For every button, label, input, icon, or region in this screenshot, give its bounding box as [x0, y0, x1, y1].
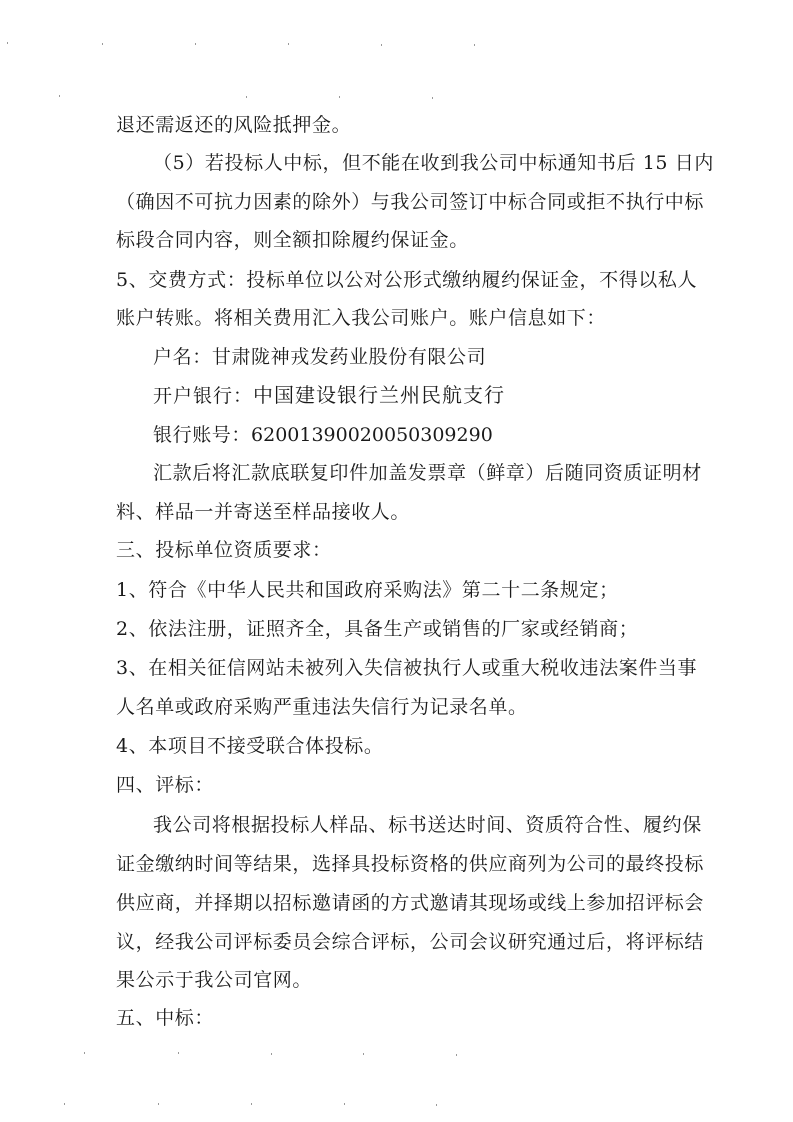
- account-bank: 开户银行：中国建设银行兰州民航支行: [153, 383, 733, 408]
- requirement-2: 2、依法注册，证照齐全，具备生产或销售的厂家或经销商；: [116, 617, 696, 641]
- scan-speck: [158, 1103, 159, 1105]
- scan-speck: [456, 1054, 457, 1056]
- account-name: 户名：甘肃陇神戎发药业股份有限公司: [153, 345, 733, 369]
- evaluation-line-2: 证金缴纳时间等结果，选择具投标资格的供应商列为公司的最终投标: [116, 852, 696, 876]
- scan-speck: [102, 43, 103, 45]
- clause-5-line-1: （5）若投标人中标，但不能在收到我公司中标通知书后 15 日内: [153, 151, 733, 175]
- account-name-label: 户名：: [153, 346, 212, 368]
- scan-speck: [271, 1053, 272, 1055]
- paragraph-line: 退还需返还的风险抵押金。: [116, 113, 696, 137]
- remittance-line-2: 料、样品一并寄送至样品接收人。: [116, 500, 696, 524]
- evaluation-line-4: 议，经我公司评标委员会综合评标，公司会议研究通过后，将评标结: [116, 930, 696, 954]
- scan-speck: [288, 43, 289, 45]
- scan-speck: [339, 96, 340, 98]
- scan-speck: [195, 43, 196, 45]
- payment-method-line-2: 账户转账。将相关费用汇入我公司账户。账户信息如下：: [116, 306, 696, 330]
- document-page: 退还需返还的风险抵押金。 （5）若投标人中标，但不能在收到我公司中标通知书后 1…: [0, 0, 793, 1122]
- requirement-1: 1、符合《中华人民共和国政府采购法》第二十二条规定；: [116, 578, 696, 602]
- section-4-heading: 四、评标：: [116, 773, 696, 797]
- section-5-heading: 五、中标：: [116, 1006, 696, 1030]
- requirement-4: 4、本项目不接受联合体投标。: [116, 734, 696, 758]
- scan-speck: [436, 1104, 437, 1106]
- clause-5-line-3: 标段合同内容，则全额扣除履约保证金。: [116, 228, 696, 252]
- scan-speck: [474, 44, 475, 46]
- clause-5-line-2: （确因不可抗力因素的除外）与我公司签订中标合同或拒不执行中标: [116, 190, 696, 214]
- scan-speck: [178, 1052, 179, 1054]
- scan-speck: [7, 42, 8, 44]
- scan-speck: [251, 1103, 252, 1105]
- account-number-label: 银行账号：: [153, 424, 251, 446]
- scan-speck: [344, 1103, 345, 1105]
- evaluation-line-5: 果公示于我公司官网。: [116, 968, 696, 992]
- remittance-line-1: 汇款后将汇款底联复印件加盖发票章（鲜章）后随同资质证明材: [153, 461, 733, 485]
- account-number-value: 62001390020050309290: [251, 424, 493, 446]
- scan-speck: [363, 1053, 364, 1055]
- scan-speck: [64, 1103, 65, 1105]
- scan-speck: [246, 96, 247, 98]
- evaluation-line-1: 我公司将根据投标人样品、标书送达时间、资质符合性、履约保: [153, 813, 733, 837]
- requirement-3-line-1: 3、在相关征信网站未被列入失信被执行人或重大税收违法案件当事: [116, 656, 696, 680]
- evaluation-line-3: 供应商，并择期以招标邀请函的方式邀请其现场或线上参加招评标会: [116, 891, 696, 915]
- section-3-heading: 三、投标单位资质要求：: [116, 538, 696, 562]
- scan-speck: [84, 1052, 85, 1054]
- account-bank-value: 中国建设银行兰州民航支行: [253, 383, 505, 407]
- account-number: 银行账号：62001390020050309290: [153, 423, 733, 447]
- scan-speck: [381, 44, 382, 46]
- requirement-3-line-2: 人名单或政府采购严重违法失信行为记录名单。: [116, 695, 696, 719]
- scan-speck: [432, 97, 433, 99]
- account-bank-label: 开户银行：: [153, 385, 253, 407]
- scan-speck: [59, 95, 60, 97]
- account-name-value: 甘肃陇神戎发药业股份有限公司: [212, 346, 486, 368]
- payment-method-line-1: 5、交费方式：投标单位以公对公形式缴纳履约保证金，不得以私人: [116, 268, 696, 292]
